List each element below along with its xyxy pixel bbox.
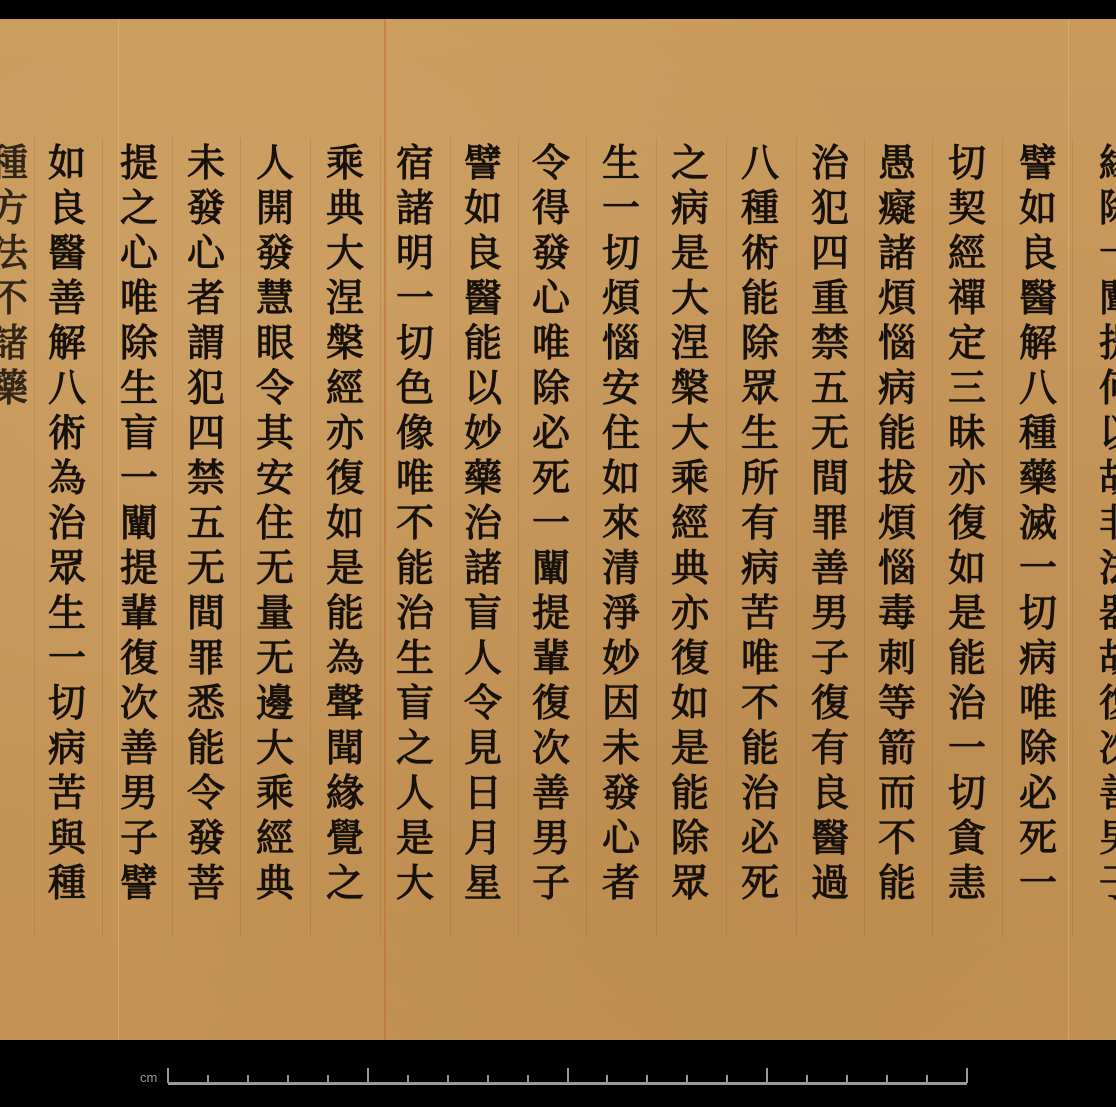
calligraphy-character: 病 [1008,635,1068,680]
calligraphy-character: 拔 [867,455,927,500]
calligraphy-character: 復 [315,455,375,500]
calligraphy-character: 妙 [453,410,513,455]
calligraphy-character: 是 [937,590,997,635]
text-column: 乘典大涅槃經亦復如是能為聲聞緣覺之 [312,140,378,905]
calligraphy-character: 癡 [867,185,927,230]
calligraphy-character: 滅 [1008,500,1068,545]
calligraphy-character: 妙 [591,635,651,680]
calligraphy-character: 死 [1008,815,1068,860]
calligraphy-character: 經 [315,365,375,410]
calligraphy-character: 如 [453,185,513,230]
calligraphy-character: 死 [521,455,581,500]
calligraphy-character: 安 [245,455,305,500]
calligraphy-character: 發 [245,230,305,275]
scale-major-tick [567,1068,569,1083]
calligraphy-character: 五 [176,500,236,545]
calligraphy-character: 槃 [315,320,375,365]
calligraphy-character: 罪 [800,500,860,545]
calligraphy-character: 次 [521,725,581,770]
calligraphy-character: 者 [176,275,236,320]
text-column: 治犯四重禁五无間罪善男子復有良醫過 [797,140,863,905]
calligraphy-character: 重 [800,275,860,320]
calligraphy-character: 之 [315,860,375,905]
calligraphy-character: 聲 [315,680,375,725]
calligraphy-character: 如 [1008,185,1068,230]
calligraphy-character: 生 [730,410,790,455]
calligraphy-character: 未 [591,725,651,770]
calligraphy-character: 盲 [385,680,445,725]
calligraphy-character: 禁 [176,455,236,500]
calligraphy-character: 諸 [385,185,445,230]
calligraphy-character: 所 [730,455,790,500]
calligraphy-character: 悉 [176,680,236,725]
calligraphy-character: 之 [660,140,720,185]
calligraphy-character: 病 [660,185,720,230]
calligraphy-character: 刺 [867,635,927,680]
calligraphy-character: 如 [937,545,997,590]
calligraphy-character: 良 [453,230,513,275]
calligraphy-character: 善 [1088,770,1116,815]
calligraphy-character: 切 [385,320,445,365]
calligraphy-character: 不 [730,680,790,725]
calligraphy-character: 緣 [315,770,375,815]
calligraphy-character: 一 [385,275,445,320]
calligraphy-character: 罪 [176,635,236,680]
calligraphy-character: 星 [453,860,513,905]
calligraphy-character: 覺 [315,815,375,860]
calligraphy-character: 子 [1088,860,1116,905]
calligraphy-character: 復 [937,500,997,545]
calligraphy-character: 必 [730,815,790,860]
calligraphy-character: 未 [176,140,236,185]
calligraphy-character: 經 [660,500,720,545]
calligraphy-character: 除 [660,815,720,860]
calligraphy-character: 亦 [315,410,375,455]
calligraphy-character: 輩 [521,635,581,680]
calligraphy-character: 之 [385,725,445,770]
scale-minor-tick [287,1075,289,1083]
calligraphy-character: 男 [521,815,581,860]
calligraphy-character: 譬 [453,140,513,185]
text-column: 種方法不諸藥 [0,140,66,410]
calligraphy-character: 病 [37,725,97,770]
scale-major-tick [167,1068,169,1083]
calligraphy-character: 復 [109,635,169,680]
calligraphy-character: 次 [1088,725,1116,770]
calligraphy-character: 善 [800,545,860,590]
calligraphy-character: 藥 [0,365,39,410]
calligraphy-character: 唯 [109,275,169,320]
calligraphy-character: 不 [867,815,927,860]
calligraphy-character: 苦 [730,590,790,635]
text-column: 緣除一闡提何以故非法器故復次善男子 [1067,140,1116,905]
scale-minor-tick [247,1075,249,1083]
calligraphy-character: 有 [800,725,860,770]
calligraphy-character: 生 [37,590,97,635]
calligraphy-character: 一 [109,455,169,500]
calligraphy-character: 令 [176,770,236,815]
calligraphy-character: 故 [1088,635,1116,680]
calligraphy-character: 八 [730,140,790,185]
calligraphy-character: 緣 [1088,140,1116,185]
calligraphy-character: 是 [315,545,375,590]
calligraphy-character: 闡 [1088,275,1116,320]
calligraphy-character: 明 [385,230,445,275]
calligraphy-character: 來 [591,500,651,545]
calligraphy-character: 切 [1008,590,1068,635]
calligraphy-character: 治 [453,500,513,545]
scale-minor-tick [447,1075,449,1083]
calligraphy-character: 大 [315,230,375,275]
calligraphy-character: 開 [245,185,305,230]
scale-minor-tick [686,1075,688,1083]
calligraphy-character: 四 [800,230,860,275]
scale-major-tick [766,1068,768,1083]
calligraphy-character: 不 [385,500,445,545]
calligraphy-character: 眾 [37,545,97,590]
calligraphy-character: 經 [937,230,997,275]
calligraphy-character: 醫 [800,815,860,860]
calligraphy-character: 子 [800,635,860,680]
calligraphy-character: 復 [1088,680,1116,725]
calligraphy-character: 譬 [1008,140,1068,185]
calligraphy-character: 善 [109,725,169,770]
calligraphy-character: 諸 [0,320,39,365]
calligraphy-character: 箭 [867,725,927,770]
calligraphy-character: 心 [521,275,581,320]
calligraphy-character: 无 [800,410,860,455]
text-column: 譬如良醫解八種藥滅一切病唯除必死一 [1005,140,1071,905]
calligraphy-character: 發 [176,815,236,860]
calligraphy-character: 煩 [591,275,651,320]
calligraphy-character: 術 [37,410,97,455]
calligraphy-character: 典 [245,860,305,905]
calligraphy-character: 一 [1088,230,1116,275]
calligraphy-character: 有 [730,500,790,545]
calligraphy-character: 貪 [937,815,997,860]
calligraphy-character: 提 [1088,320,1116,365]
calligraphy-character: 法 [0,230,39,275]
calligraphy-character: 發 [176,185,236,230]
calligraphy-character: 除 [521,365,581,410]
calligraphy-character: 一 [937,725,997,770]
calligraphy-character: 无 [176,545,236,590]
calligraphy-character: 典 [315,185,375,230]
calligraphy-character: 解 [1008,320,1068,365]
calligraphy-character: 子 [109,815,169,860]
calligraphy-character: 一 [591,185,651,230]
calligraphy-character: 能 [660,770,720,815]
calligraphy-character: 不 [0,275,39,320]
calligraphy-character: 能 [385,545,445,590]
calligraphy-character: 藥 [1008,455,1068,500]
calligraphy-character: 治 [385,590,445,635]
calligraphy-character: 種 [0,140,39,185]
scale-minor-tick [527,1075,529,1083]
calligraphy-character: 乘 [315,140,375,185]
calligraphy-character: 見 [453,725,513,770]
calligraphy-character: 藥 [453,455,513,500]
calligraphy-character: 者 [591,860,651,905]
text-column: 之病是大涅槃大乘經典亦復如是能除眾 [657,140,723,905]
calligraphy-character: 能 [730,725,790,770]
scale-minor-tick [207,1075,209,1083]
column-ruling [586,138,587,938]
calligraphy-character: 人 [245,140,305,185]
calligraphy-character: 禪 [937,275,997,320]
calligraphy-character: 能 [730,275,790,320]
column-ruling [310,138,311,938]
scale-minor-tick [487,1075,489,1083]
calligraphy-character: 如 [591,455,651,500]
text-column: 生一切煩惱安住如來清淨妙因未發心者 [588,140,654,905]
calligraphy-character: 乘 [660,455,720,500]
calligraphy-character: 死 [730,860,790,905]
calligraphy-character: 能 [867,410,927,455]
calligraphy-character: 日 [453,770,513,815]
calligraphy-character: 盲 [109,410,169,455]
column-ruling [1002,138,1003,938]
calligraphy-character: 槃 [660,365,720,410]
calligraphy-character: 安 [591,365,651,410]
calligraphy-character: 良 [1008,230,1068,275]
column-ruling [102,138,103,938]
calligraphy-character: 闡 [521,545,581,590]
calligraphy-character: 種 [37,860,97,905]
calligraphy-character: 非 [1088,500,1116,545]
calligraphy-character: 聞 [315,725,375,770]
calligraphy-character: 涅 [660,320,720,365]
calligraphy-character: 乘 [245,770,305,815]
calligraphy-character: 亦 [660,590,720,635]
calligraphy-character: 禁 [800,320,860,365]
calligraphy-character: 其 [245,410,305,455]
calligraphy-character: 人 [385,770,445,815]
calligraphy-character: 量 [245,590,305,635]
calligraphy-character: 發 [521,230,581,275]
calligraphy-character: 是 [385,815,445,860]
calligraphy-character: 切 [937,770,997,815]
calligraphy-character: 能 [315,590,375,635]
text-column: 愚癡諸煩惱病能拔煩惱毒刺等箭而不能 [864,140,930,905]
calligraphy-character: 煩 [867,275,927,320]
calligraphy-character: 男 [109,770,169,815]
calligraphy-character: 除 [1088,185,1116,230]
calligraphy-character: 定 [937,320,997,365]
calligraphy-character: 提 [521,590,581,635]
scale-major-tick [966,1068,968,1083]
calligraphy-character: 發 [591,770,651,815]
calligraphy-character: 種 [730,185,790,230]
calligraphy-character: 男 [800,590,860,635]
calligraphy-character: 唯 [521,320,581,365]
calligraphy-character: 諸 [453,545,513,590]
calligraphy-character: 人 [453,635,513,680]
calligraphy-character: 必 [1008,770,1068,815]
text-column: 切契經禪定三昧亦復如是能治一切貪恚 [934,140,1000,905]
calligraphy-character: 治 [937,680,997,725]
calligraphy-character: 心 [176,230,236,275]
calligraphy-character: 生 [591,140,651,185]
text-column: 譬如良醫能以妙藥治諸盲人令見日月星 [450,140,516,905]
calligraphy-character: 與 [37,815,97,860]
calligraphy-character: 故 [1088,455,1116,500]
calligraphy-character: 月 [453,815,513,860]
calligraphy-character: 愚 [867,140,927,185]
calligraphy-character: 提 [109,545,169,590]
calligraphy-character: 住 [245,500,305,545]
calligraphy-character: 法 [1088,545,1116,590]
calligraphy-character: 提 [109,140,169,185]
calligraphy-character: 復 [521,680,581,725]
calligraphy-character: 等 [867,680,927,725]
calligraphy-character: 醫 [1008,275,1068,320]
calligraphy-character: 除 [730,320,790,365]
calligraphy-character: 復 [660,635,720,680]
calligraphy-character: 苦 [37,770,97,815]
calligraphy-character: 慧 [245,275,305,320]
calligraphy-character: 一 [37,635,97,680]
calligraphy-character: 器 [1088,590,1116,635]
calligraphy-character: 切 [37,680,97,725]
column-ruling [380,138,381,938]
calligraphy-character: 能 [176,725,236,770]
calligraphy-character: 令 [245,365,305,410]
calligraphy-character: 除 [1008,725,1068,770]
calligraphy-character: 病 [730,545,790,590]
scale-minor-tick [726,1075,728,1083]
calligraphy-character: 令 [453,680,513,725]
calligraphy-character: 是 [660,230,720,275]
calligraphy-character: 大 [660,410,720,455]
scale-minor-tick [606,1075,608,1083]
calligraphy-character: 恚 [937,860,997,905]
calligraphy-character: 唯 [730,635,790,680]
calligraphy-character: 惱 [867,320,927,365]
calligraphy-character: 以 [1088,410,1116,455]
calligraphy-character: 能 [937,635,997,680]
calligraphy-character: 涅 [315,275,375,320]
calligraphy-character: 清 [591,545,651,590]
calligraphy-character: 盲 [453,590,513,635]
calligraphy-character: 心 [591,815,651,860]
scale-major-tick [367,1068,369,1083]
calligraphy-character: 因 [591,680,651,725]
calligraphy-character: 治 [800,140,860,185]
calligraphy-character: 亦 [937,455,997,500]
calligraphy-character: 能 [453,320,513,365]
calligraphy-character: 種 [1008,410,1068,455]
text-column: 提之心唯除生盲一闡提輩復次善男子譬 [106,140,172,905]
calligraphy-character: 大 [385,860,445,905]
calligraphy-character: 復 [800,680,860,725]
calligraphy-character: 闡 [109,500,169,545]
calligraphy-character: 无 [245,635,305,680]
calligraphy-character: 犯 [176,365,236,410]
calligraphy-character: 間 [176,590,236,635]
calligraphy-character: 邊 [245,680,305,725]
calligraphy-character: 過 [800,860,860,905]
calligraphy-character: 切 [937,140,997,185]
calligraphy-character: 眼 [245,320,305,365]
calligraphy-character: 譬 [109,860,169,905]
text-column: 人開發慧眼令其安住无量无邊大乘經典 [242,140,308,905]
calligraphy-character: 能 [867,860,927,905]
calligraphy-character: 治 [730,770,790,815]
calligraphy-character: 昧 [937,410,997,455]
calligraphy-character: 術 [730,230,790,275]
scale-minor-tick [846,1075,848,1083]
calligraphy-character: 一 [521,500,581,545]
calligraphy-character: 醫 [453,275,513,320]
calligraphy-character: 良 [800,770,860,815]
column-ruling [240,138,241,938]
calligraphy-character: 為 [37,455,97,500]
calligraphy-character: 唯 [1008,680,1068,725]
calligraphy-character: 男 [1088,815,1116,860]
calligraphy-character: 諸 [867,230,927,275]
calligraphy-character: 无 [245,545,305,590]
text-column: 宿諸明一切色像唯不能治生盲之人是大 [382,140,448,905]
calligraphy-character: 三 [937,365,997,410]
calligraphy-character: 大 [660,275,720,320]
calligraphy-character: 之 [109,185,169,230]
calligraphy-character: 宿 [385,140,445,185]
calligraphy-character: 經 [245,815,305,860]
scale-unit-label: cm [140,1070,157,1085]
calligraphy-character: 得 [521,185,581,230]
calligraphy-character: 一 [1008,545,1068,590]
calligraphy-character: 除 [109,320,169,365]
scale-minor-tick [926,1075,928,1083]
calligraphy-character: 如 [315,500,375,545]
calligraphy-character: 而 [867,770,927,815]
column-ruling [932,138,933,938]
calligraphy-character: 典 [660,545,720,590]
calligraphy-character: 心 [109,230,169,275]
calligraphy-character: 間 [800,455,860,500]
text-column: 未發心者謂犯四禁五无間罪悉能令發菩 [173,140,239,905]
calligraphy-character: 切 [591,230,651,275]
calligraphy-character: 輩 [109,590,169,635]
calligraphy-character: 八 [1008,365,1068,410]
text-column: 令得發心唯除必死一闡提輩復次善男子 [518,140,584,905]
calligraphy-character: 生 [109,365,169,410]
calligraphy-character: 方 [0,185,39,230]
calligraphy-character: 毒 [867,590,927,635]
calligraphy-character: 謂 [176,320,236,365]
calligraphy-character: 如 [660,680,720,725]
calligraphy-character: 善 [521,770,581,815]
scale-minor-tick [327,1075,329,1083]
calligraphy-character: 何 [1088,365,1116,410]
calligraphy-character: 生 [385,635,445,680]
calligraphy-character: 色 [385,365,445,410]
calligraphy-character: 煩 [867,500,927,545]
calligraphy-character: 惱 [867,545,927,590]
calligraphy-character: 住 [591,410,651,455]
calligraphy-character: 惱 [591,320,651,365]
calligraphy-character: 子 [521,860,581,905]
calligraphy-character: 五 [800,365,860,410]
calligraphy-character: 令 [521,140,581,185]
calligraphy-character: 眾 [730,365,790,410]
calligraphy-character: 淨 [591,590,651,635]
calligraphy-character: 唯 [385,455,445,500]
calligraphy-character: 四 [176,410,236,455]
calligraphy-character: 像 [385,410,445,455]
calligraphy-character: 以 [453,365,513,410]
